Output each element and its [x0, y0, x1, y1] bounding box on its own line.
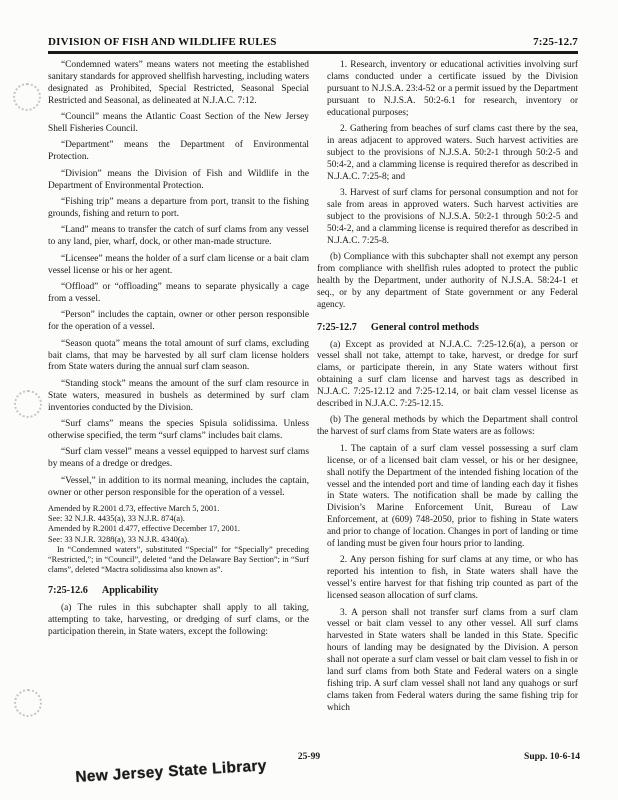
history-amendment-note: In “Condemned waters”, substituted “Spec…	[48, 545, 309, 576]
paragraph: “Division” means the Division of Fish an…	[48, 169, 309, 193]
right-column: 1. Research, inventory or educational ac…	[317, 60, 578, 719]
paragraph: “Condemned waters” means waters not meet…	[48, 60, 309, 108]
paragraph: “Person” includes the captain, owner or …	[48, 310, 309, 334]
paragraph: “Season quota” means the total amount of…	[48, 339, 309, 375]
paragraph: “Surf clam vessel” means a vessel equipp…	[48, 447, 309, 471]
section-number: 7:25-12.7	[317, 322, 357, 333]
paragraph: “Surf clams” means the species Spisula s…	[48, 419, 309, 443]
definitions-list: “Condemned waters” means waters not meet…	[48, 60, 309, 500]
section-title: General control methods	[371, 322, 479, 333]
methods-list: 1. The captain of a surf clam vessel pos…	[317, 444, 578, 715]
paragraph: 3. A person shall not transfer surf clam…	[327, 608, 578, 715]
general-control-paragraph-b: (b) The general methods by which the Dep…	[317, 415, 578, 439]
section-number: 7:25-12.6	[48, 585, 88, 596]
hole-punch-mark	[13, 83, 41, 111]
supplement-date: Supp. 10-6-14	[524, 752, 580, 762]
left-column: “Condemned waters” means waters not meet…	[48, 60, 309, 644]
hole-punch-mark	[14, 689, 42, 717]
hole-punch-mark	[14, 390, 42, 418]
header-section-number: 7:25-12.7	[533, 36, 578, 48]
paragraph: 2. Any person fishing for surf clams at …	[327, 555, 578, 603]
paragraph: “Vessel,” in addition to its normal mean…	[48, 476, 309, 500]
paragraph: “Standing stock” means the amount of the…	[48, 379, 309, 415]
compliance-paragraph: (b) Compliance with this subchapter shal…	[317, 252, 578, 312]
paragraph: “Council” means the Atlantic Coast Secti…	[48, 112, 309, 136]
exceptions-list: 1. Research, inventory or educational ac…	[317, 60, 578, 248]
paragraph: “Department” means the Department of Env…	[48, 140, 309, 164]
paragraph: “Licensee” means the holder of a surf cl…	[48, 254, 309, 278]
paragraph: “Offload” or “offloading” means to separ…	[48, 282, 309, 306]
paragraph: 1. The captain of a surf clam vessel pos…	[327, 444, 578, 551]
paragraph: 1. Research, inventory or educational ac…	[327, 60, 578, 120]
paragraph: “Land” means to transfer the catch of su…	[48, 225, 309, 249]
history-notes: Amended by R.2001 d.73, effective March …	[48, 504, 309, 575]
paragraph: See: 32 N.J.R. 4435(a), 33 N.J.R. 874(a)…	[48, 514, 309, 524]
section-heading-general-control: 7:25-12.7General control methods	[317, 322, 578, 334]
page-header: DIVISION OF FISH AND WILDLIFE RULES 7:25…	[48, 36, 578, 48]
paragraph: 3. Harvest of surf clams for personal co…	[327, 188, 578, 248]
section-heading-applicability: 7:25-12.6Applicability	[48, 585, 309, 597]
header-title: DIVISION OF FISH AND WILDLIFE RULES	[48, 36, 277, 48]
paragraph: See: 33 N.J.R. 3288(a), 33 N.J.R. 4340(a…	[48, 535, 309, 545]
general-control-paragraph-a: (a) Except as provided at N.J.A.C. 7:25-…	[317, 340, 578, 411]
paragraph: 2. Gathering from beaches of surf clams …	[327, 124, 578, 184]
paragraph: Amended by R.2001 d.477, effective Decem…	[48, 524, 309, 534]
document-page: DIVISION OF FISH AND WILDLIFE RULES 7:25…	[0, 0, 618, 800]
paragraph: Amended by R.2001 d.73, effective March …	[48, 504, 309, 514]
section-title: Applicability	[102, 585, 159, 596]
history-lines: Amended by R.2001 d.73, effective March …	[48, 504, 309, 545]
applicability-intro-paragraph: (a) The rules in this subchapter shall a…	[48, 603, 309, 639]
header-rule	[48, 51, 578, 54]
paragraph: “Fishing trip” means a departure from po…	[48, 197, 309, 221]
